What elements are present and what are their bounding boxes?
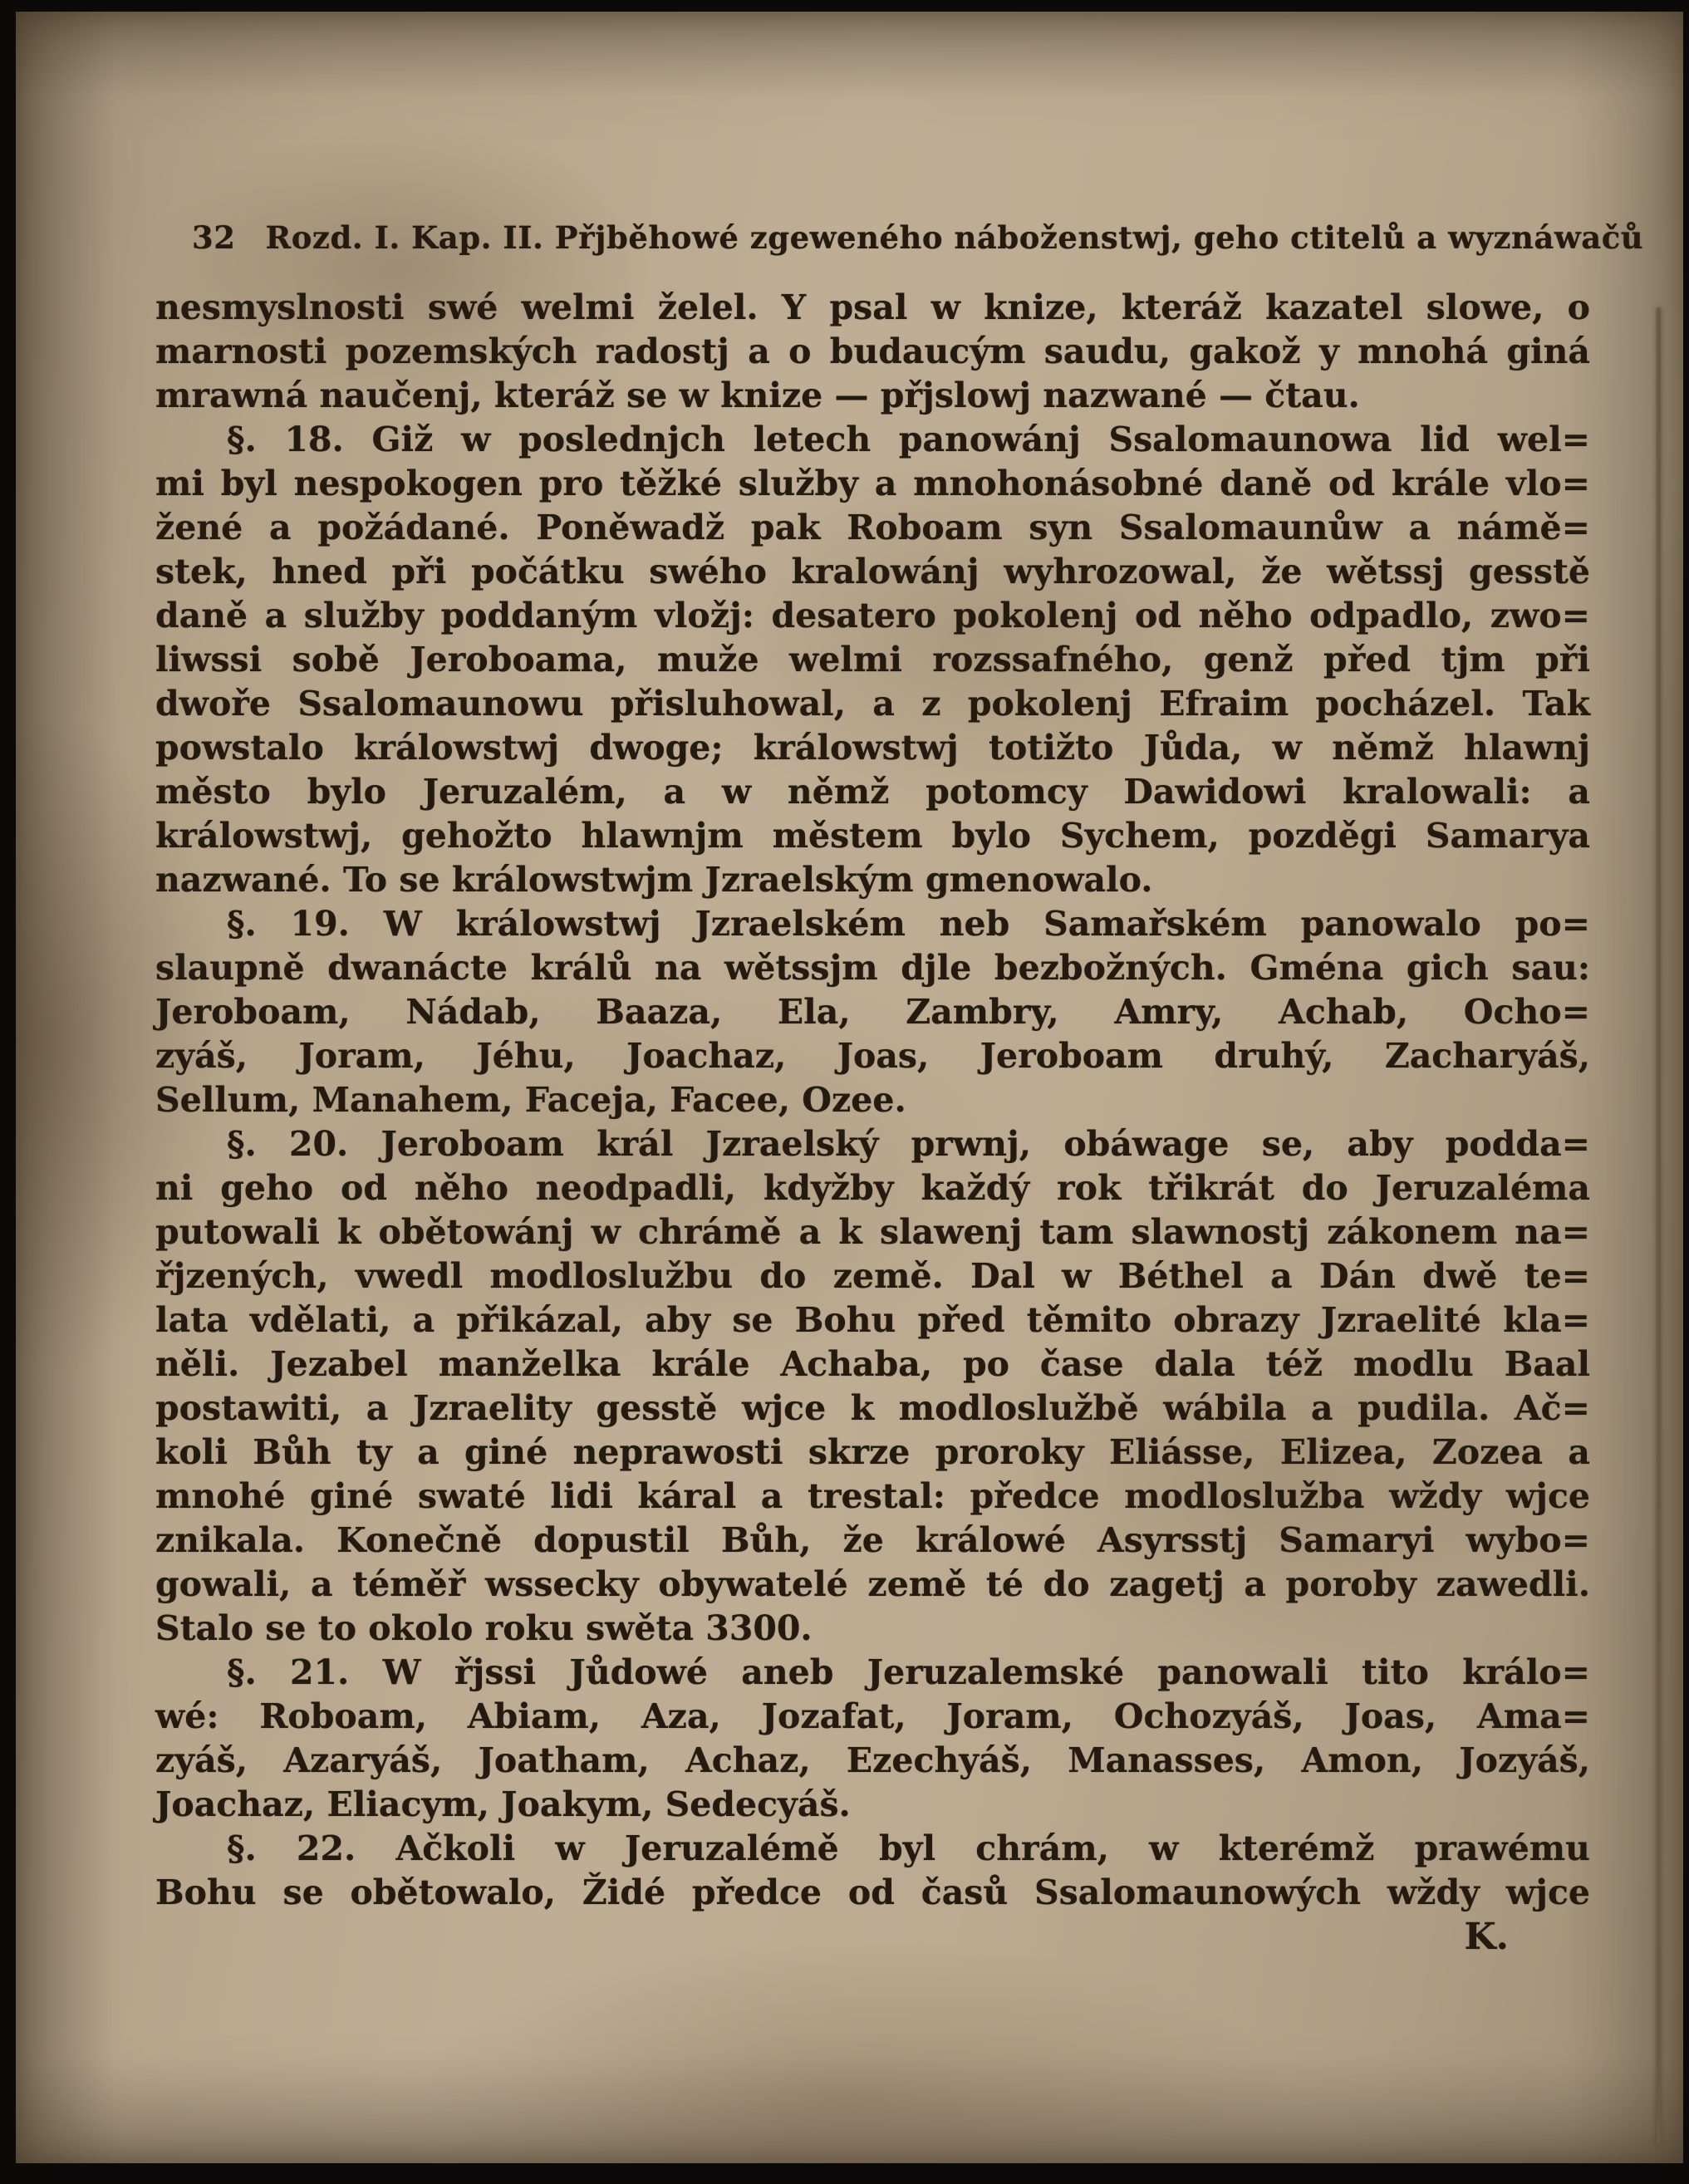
text-line: wé: Roboam, Abiam, Aza, Jozafat, Joram, … xyxy=(155,1695,1590,1739)
body-text: nesmyslnosti swé welmi želel. Y psal w k… xyxy=(155,286,1590,1959)
text-line: putowali k obětowánj w chrámě a k slawen… xyxy=(155,1210,1590,1254)
text-line: stek, hned při počátku swého kralowánj w… xyxy=(155,550,1590,594)
text-line: slaupně dwanácte králů na wětssjm djle b… xyxy=(155,946,1590,990)
text-line: daně a služby poddaným vložj: desatero p… xyxy=(155,594,1590,638)
page-number: 32 xyxy=(192,219,236,256)
text-line: §. 21. W řjssi Jůdowé aneb Jeruzalemské … xyxy=(155,1651,1590,1695)
text-line: žené a požádané. Poněwadž pak Roboam syn… xyxy=(155,506,1590,550)
book-page: 32 Rozd. I. Kap. II. Přjběhowé zgeweného… xyxy=(16,12,1683,2163)
running-header: 32 Rozd. I. Kap. II. Přjběhowé zgeweného… xyxy=(159,219,1621,256)
text-line: Bohu se obětowalo, Židé předce od časů S… xyxy=(155,1871,1590,1915)
text-line: nazwané. To se králowstwjm Jzraelským gm… xyxy=(155,858,1590,902)
text-line: ni geho od něho neodpadli, kdyžby každý … xyxy=(155,1166,1590,1210)
text-line: Sellum, Manahem, Faceja, Facee, Ozee. xyxy=(155,1078,1590,1122)
text-line: liwssi sobě Jeroboama, muže welmi rozssa… xyxy=(155,638,1590,682)
text-line: mnohé giné swaté lidi káral a trestal: p… xyxy=(155,1475,1590,1519)
text-line: dwoře Ssalomaunowu přisluhowal, a z poko… xyxy=(155,682,1590,726)
running-header-title: Rozd. I. Kap. II. Přjběhowé zgeweného ná… xyxy=(266,219,1644,256)
text-lines: nesmyslnosti swé welmi želel. Y psal w k… xyxy=(155,286,1590,1915)
text-line: lata vdělati, a přikázal, aby se Bohu př… xyxy=(155,1298,1590,1342)
text-line: něli. Jezabel manželka krále Achaba, po … xyxy=(155,1342,1590,1386)
text-line: zyáš, Azaryáš, Joatham, Achaz, Ezechyáš,… xyxy=(155,1739,1590,1783)
catchword: K. xyxy=(155,1915,1590,1959)
text-line: §. 19. W králowstwj Jzraelském neb Samař… xyxy=(155,902,1590,946)
text-line: postawiti, a Jzraelity gesstě wjce k mod… xyxy=(155,1386,1590,1431)
text-line: powstalo králowstwj dwoge; králowstwj to… xyxy=(155,726,1590,770)
text-line: §. 18. Giž w poslednjch letech panowánj … xyxy=(155,418,1590,462)
text-line: mi byl nespokogen pro těžké služby a mno… xyxy=(155,462,1590,506)
text-line: §. 20. Jeroboam král Jzraelský prwnj, ob… xyxy=(155,1122,1590,1166)
text-line: Joachaz, Eliacym, Joakym, Sedecyáš. xyxy=(155,1783,1590,1827)
text-line: Stalo se to okolo roku swěta 3300. xyxy=(155,1607,1590,1651)
text-line: §. 22. Ačkoli w Jeruzalémě byl chrám, w … xyxy=(155,1827,1590,1871)
text-line: Jeroboam, Nádab, Baaza, Ela, Zambry, Amr… xyxy=(155,990,1590,1034)
text-line: koli Bůh ty a giné neprawosti skrze pror… xyxy=(155,1431,1590,1475)
text-line: znikala. Konečně dopustil Bůh, že králow… xyxy=(155,1519,1590,1563)
text-line: marnosti pozemských radostj a o budaucým… xyxy=(155,330,1590,374)
text-line: králowstwj, gehožto hlawnjm městem bylo … xyxy=(155,814,1590,858)
text-line: mrawná naučenj, kteráž se w knize — přjs… xyxy=(155,374,1590,418)
text-line: nesmyslnosti swé welmi želel. Y psal w k… xyxy=(155,286,1590,330)
text-line: zyáš, Joram, Jéhu, Joachaz, Joas, Jerobo… xyxy=(155,1034,1590,1078)
text-line: gowali, a téměř wssecky obywatelé země t… xyxy=(155,1563,1590,1607)
page-edge-line xyxy=(1657,307,1661,2145)
text-line: město bylo Jeruzalém, a w němž potomcy D… xyxy=(155,770,1590,814)
text-line: řjzených, vwedl modloslužbu do země. Dal… xyxy=(155,1254,1590,1298)
